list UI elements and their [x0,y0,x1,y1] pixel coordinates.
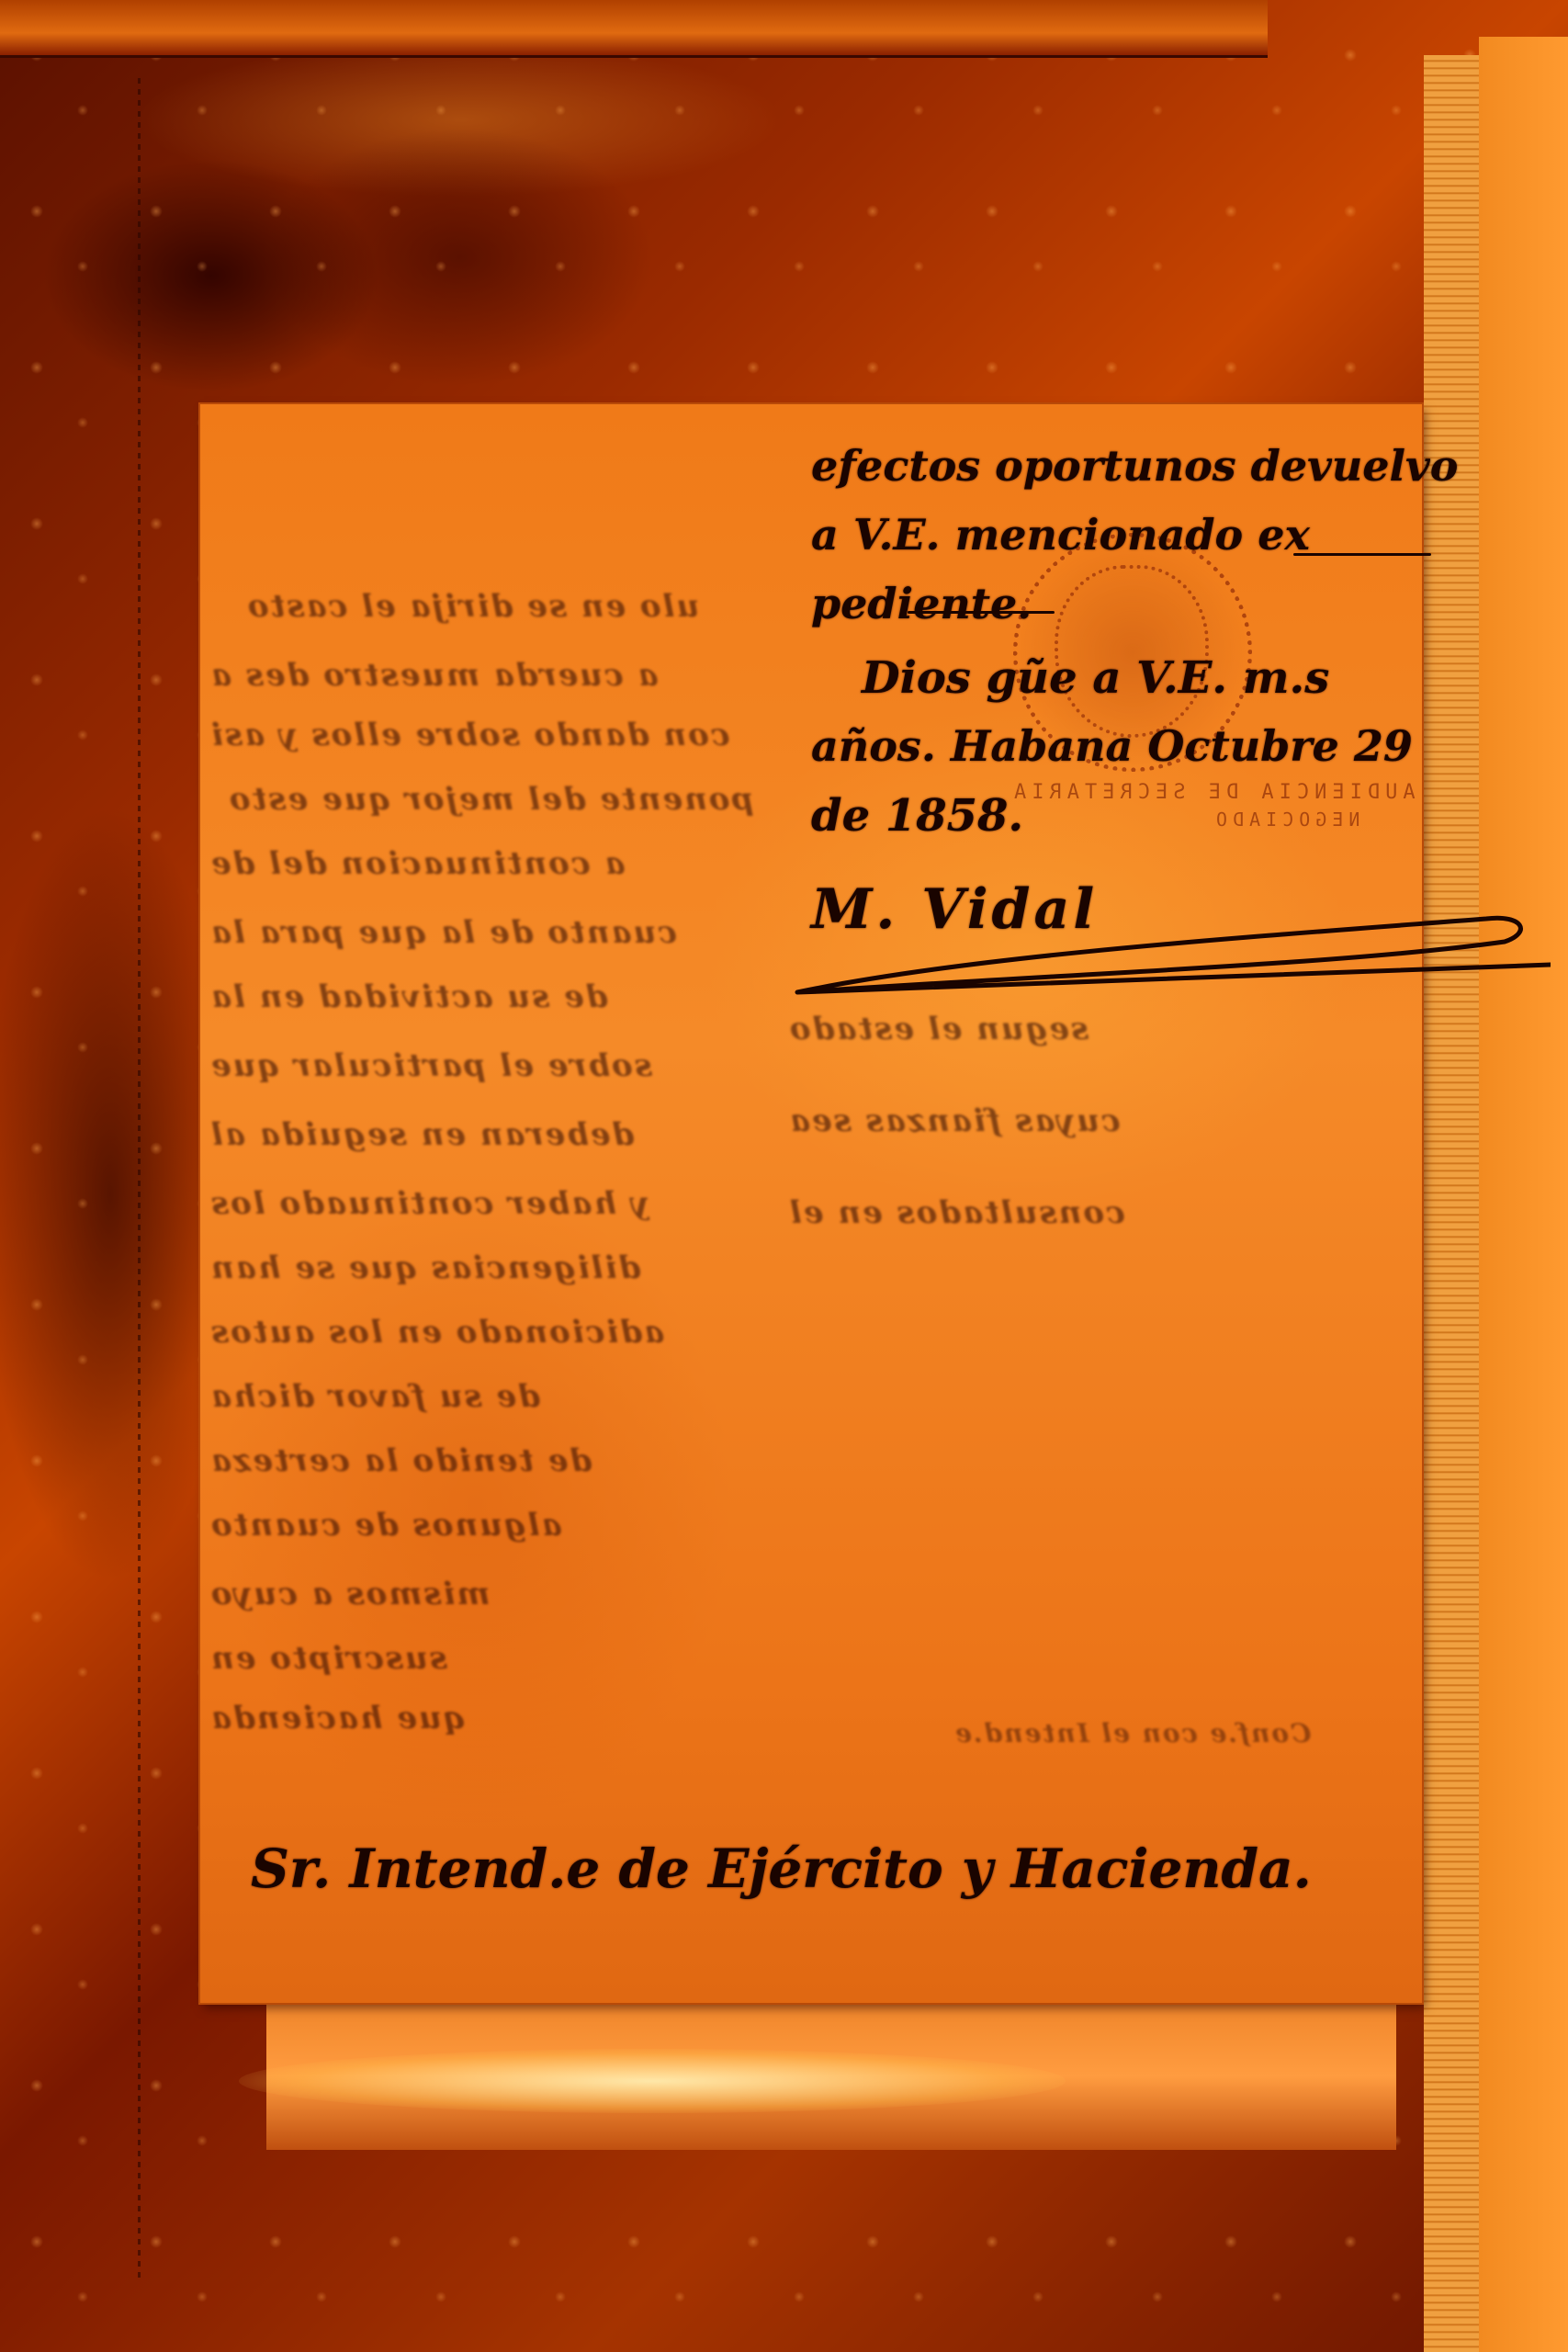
bleed-line: de su favor dicha [209,1378,540,1415]
bleed-line: diligencias que se han [209,1249,640,1286]
bleed-line: ponente del mejor que esto [228,781,753,818]
stamp-text-bottom: NEGOCIADO [1211,808,1359,831]
adjacent-page [1479,37,1568,2352]
bleed-line: suscripto en [209,1640,447,1677]
bleed-line: y haber continuado los [209,1185,649,1222]
bleed-line: adicionado en los autos [209,1314,664,1351]
bleed-line: con dando sobre ellos y asi [209,717,730,753]
text-line-5: años. Habana Octubre 29 [811,721,1413,771]
text-line-4: Dios gũe a V.E. m.s [862,652,1329,704]
text-line-2: a V.E. mencionado ex [811,510,1310,560]
bleed-line: deberan en seguida al [209,1116,634,1153]
marginal-note: Conf.e con el Intend.e [953,1718,1311,1748]
line-underline [1293,553,1431,556]
bleed-line: ulo en se dirija el casto [246,588,699,625]
bleed-line: de su actividad en la [209,978,608,1015]
folder-stitch-edge [138,78,141,2283]
top-folder-strip [0,0,1268,58]
light-glare [239,2049,1066,2113]
bleed-line: mismos a cuyo [209,1576,490,1612]
bleed-line: cuyas fianzas sea [788,1102,1121,1139]
text-line-1: efectos oportunos devuelvo [811,441,1458,491]
letter-page: AUDIENCIA DE SECRETARIA NEGOCIADO ulo en… [200,404,1422,2003]
bleed-line: consultados en el [788,1194,1125,1231]
text-line-6: de 1858. [811,790,1023,842]
bleed-line: a continuacion del de [209,845,625,882]
archival-document-photo: AUDIENCIA DE SECRETARIA NEGOCIADO ulo en… [0,0,1568,2352]
bleed-line: algunos de cuanto [209,1507,562,1543]
bleed-line: cuanto de la que para la [209,914,677,951]
bleed-line: segun el estado [788,1011,1089,1047]
stamp-text-top: AUDIENCIA DE SECRETARIA [1009,781,1416,804]
seal-inner-ring [1055,565,1209,738]
bleed-line: de tenido la certeza [209,1442,592,1479]
line-underline [908,611,1055,614]
binding-strip [1424,55,1479,2352]
bleed-line: que hacienda [209,1700,466,1736]
signature-flourish-icon [788,900,1551,1001]
bleed-line: sobre el particular que [209,1047,652,1084]
text-line-3: pediente. [811,579,1032,628]
bleed-line: a cuerda muestro des a [209,657,659,694]
addressee-line: Sr. Intend.e de Ejército y Hacienda. [251,1837,1312,1900]
